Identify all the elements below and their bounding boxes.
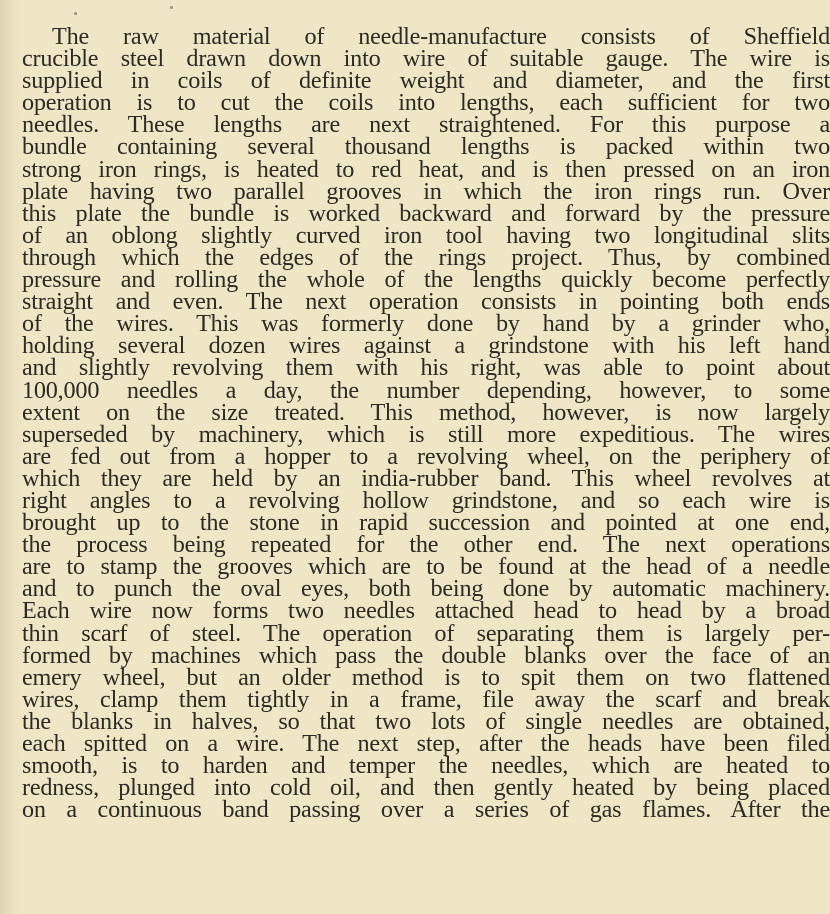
page-paragraph: The raw material of needle-manufacture c…	[22, 26, 830, 821]
print-speck	[74, 12, 77, 15]
book-page: The raw material of needle-manufacture c…	[0, 0, 830, 914]
print-speck	[170, 6, 173, 9]
text-line: on a continuous band passing over a seri…	[22, 799, 830, 821]
